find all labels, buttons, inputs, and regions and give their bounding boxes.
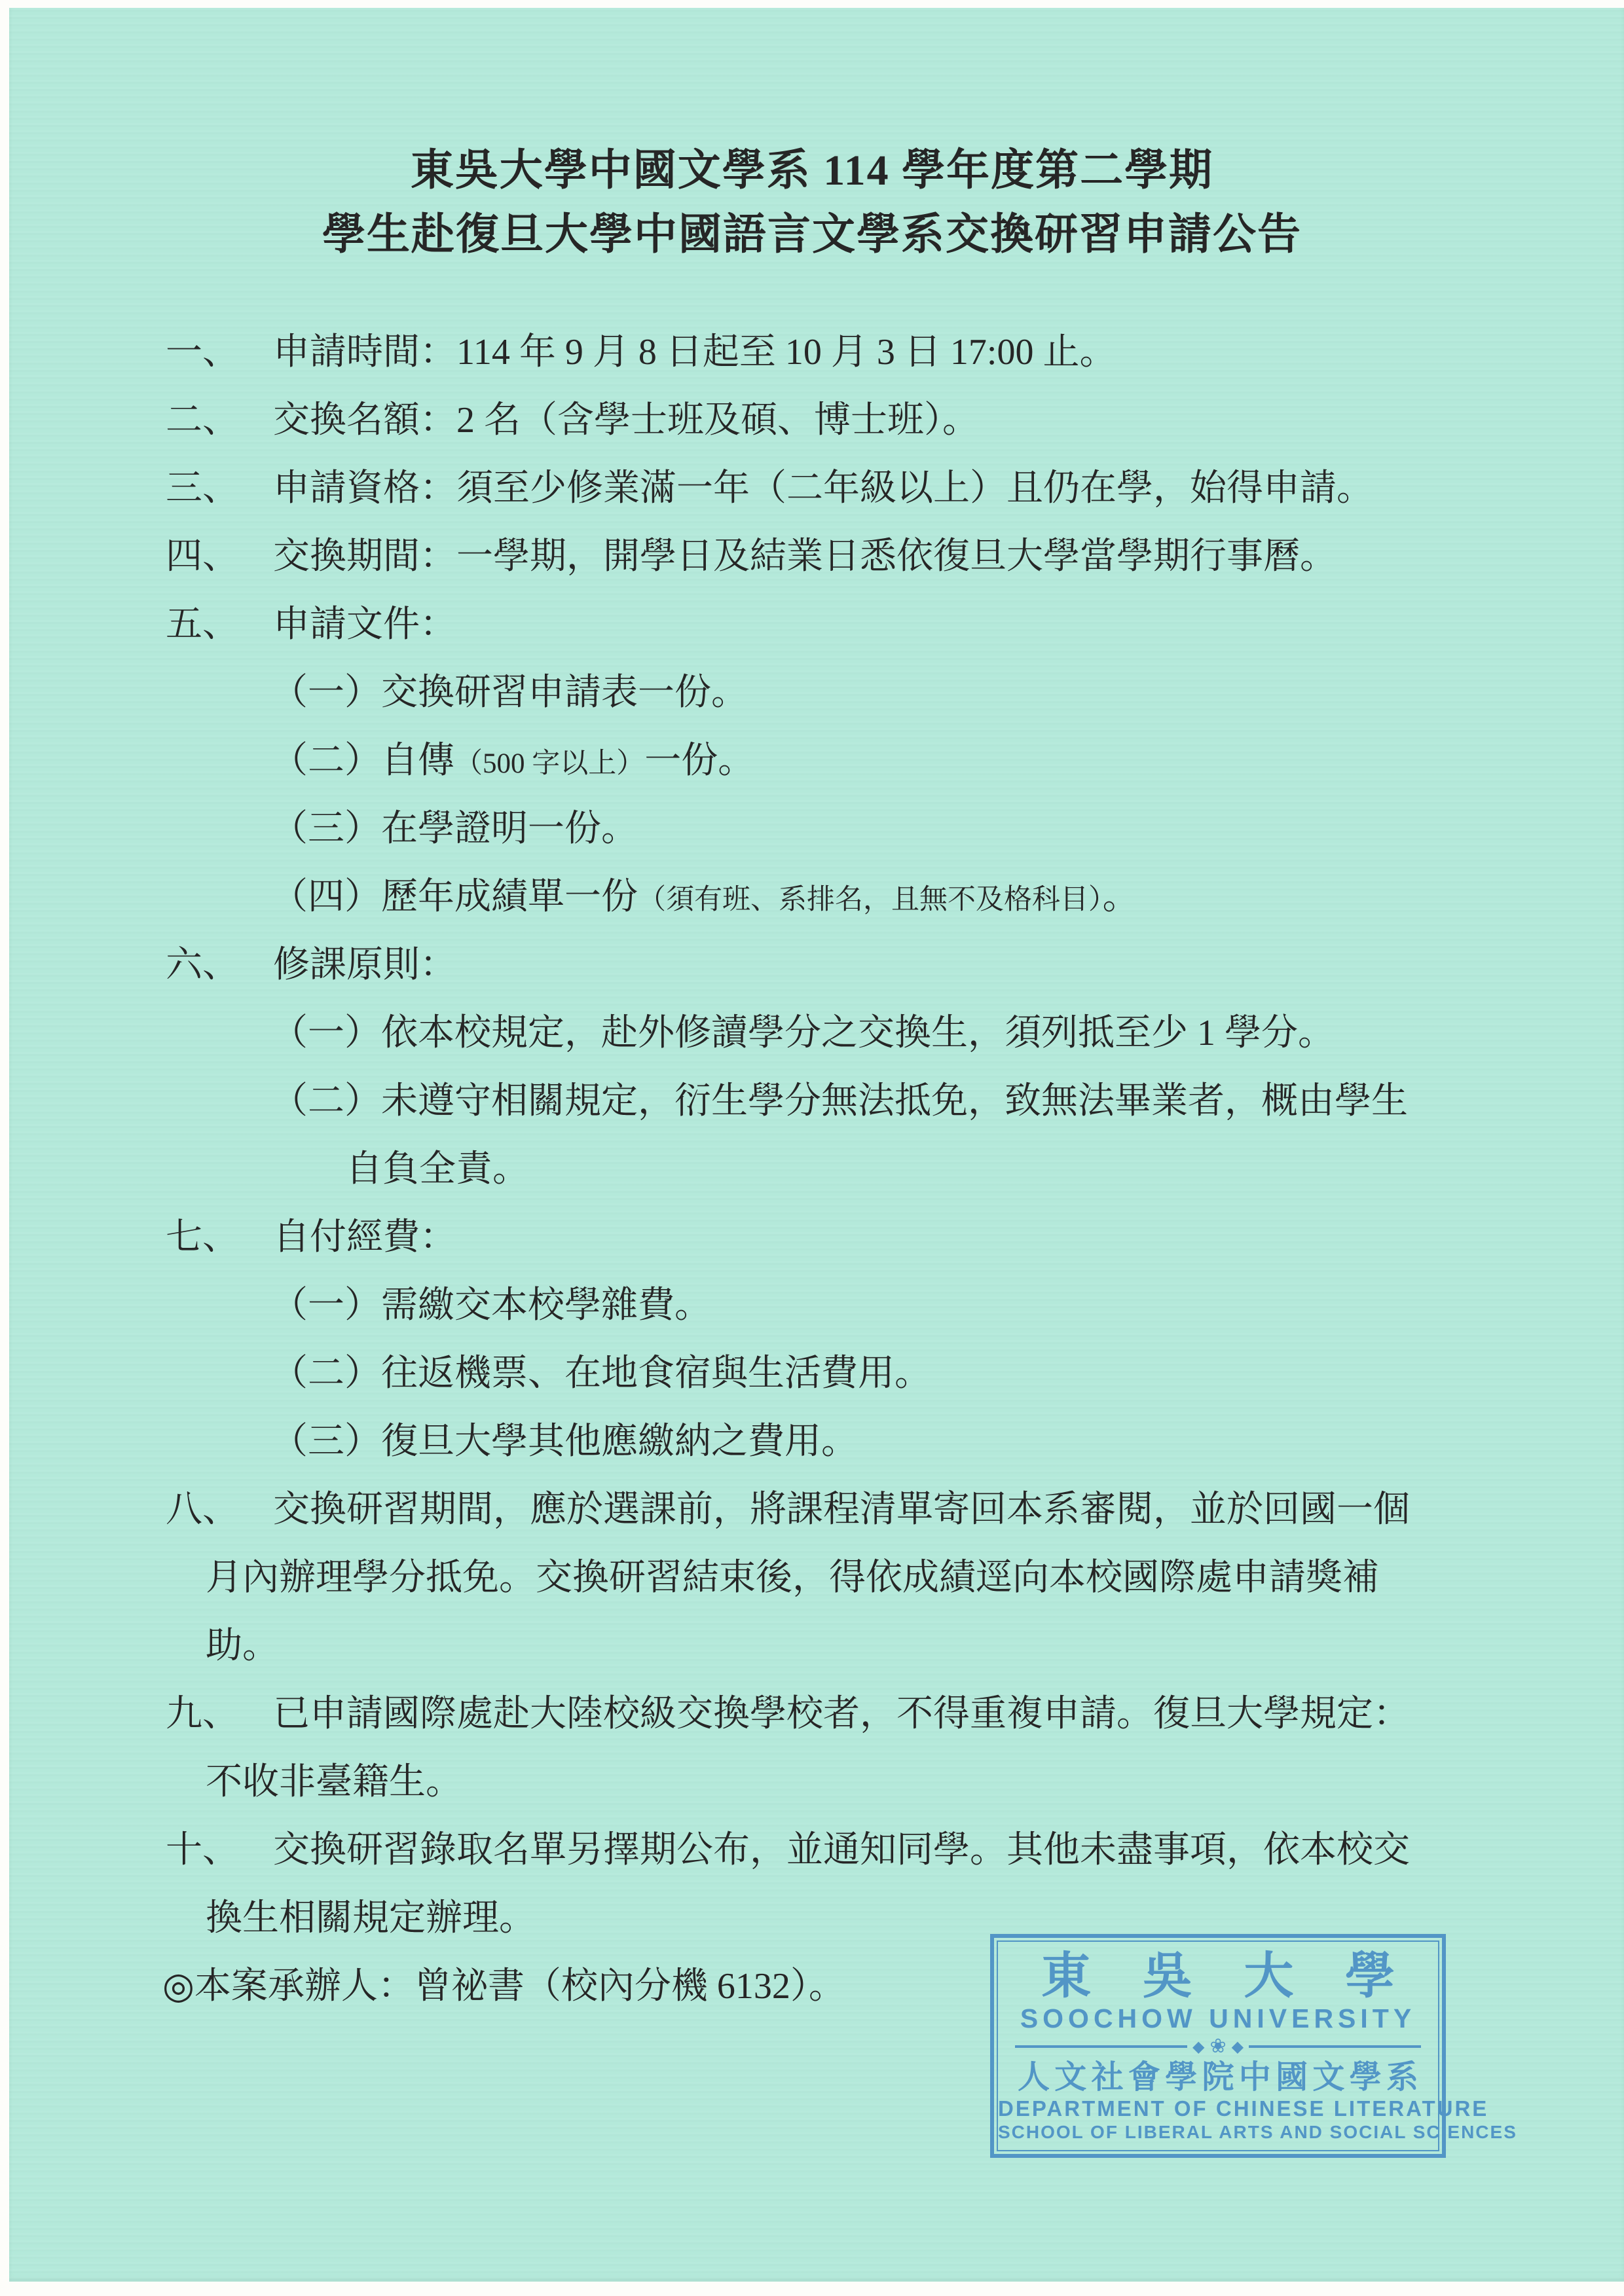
item-number: 六、 — [166, 945, 239, 985]
line-text: 月內辦理學分抵免。交換研習結束後，得依成績逕向本校國際處申請獎補 — [206, 1558, 1379, 1598]
line-text: 申請文件： — [273, 604, 456, 645]
stamp-char: 國 — [1276, 2061, 1308, 2093]
stamp-char: 人 — [1018, 2061, 1050, 2093]
title-line-1: 東吳大學中國文學系 114 學年度第二學期 — [0, 139, 1624, 203]
document-line: 一、申請時間：114 年 9 月 8 日起至 10 月 3 日 17:00 止。 — [0, 318, 1624, 386]
document-line: 自負全責。 — [0, 1135, 1624, 1203]
line-text: 不收非臺籍生。 — [206, 1762, 462, 1802]
line-text: （四）歷年成績單一份 — [271, 877, 638, 917]
line-text: 申請時間：114 年 9 月 8 日起至 10 月 3 日 17:00 止。 — [273, 332, 1116, 373]
line-text: 交換期間：一學期，開學日及結業日悉依復旦大學當學期行事曆。 — [273, 536, 1337, 577]
department-stamp: 東吳大學 SOOCHOW UNIVERSITY ◆ ❀ ◆ 人文社會學院中國文學… — [990, 1934, 1446, 2158]
item-number: 四、 — [166, 536, 239, 577]
item-number: 七、 — [166, 1217, 239, 1258]
document-line: （一）需繳交本校學雜費。 — [0, 1271, 1624, 1339]
stamp-char: 會 — [1128, 2061, 1160, 2093]
item-number: 五、 — [166, 604, 239, 645]
stamp-char: 學 — [1165, 2061, 1197, 2093]
ornament-rule-right — [1249, 2045, 1421, 2048]
stamp-char: 中 — [1239, 2061, 1271, 2093]
document-line: （一）交換研習申請表一份。 — [0, 659, 1624, 727]
line-text: （二）自傳 — [271, 740, 454, 781]
stamp-char: 文 — [1312, 2061, 1344, 2093]
stamp-ornament-divider: ◆ ❀ ◆ — [998, 2037, 1438, 2056]
document-line: （三）在學證明一份。 — [0, 795, 1624, 863]
line-text: 修課原則： — [273, 945, 456, 985]
document-title: 東吳大學中國文學系 114 學年度第二學期 學生赴復旦大學中國語言文學系交換研習… — [0, 139, 1624, 267]
line-text: （二）未遵守相關規定，衍生學分無法抵免，致無法畢業者，概由學生 — [271, 1081, 1408, 1121]
document-line: （二）未遵守相關規定，衍生學分無法抵免，致無法畢業者，概由學生 — [0, 1067, 1624, 1135]
line-text: ◎本案承辦人：曾祕書（校內分機 6132）。 — [162, 1966, 845, 2007]
scanned-document-page: 東吳大學中國文學系 114 學年度第二學期 學生赴復旦大學中國語言文學系交換研習… — [0, 0, 1624, 2296]
stamp-content: 東吳大學 SOOCHOW UNIVERSITY ◆ ❀ ◆ 人文社會學院中國文學… — [997, 1941, 1439, 2151]
stamp-university-name-en: SOOCHOW UNIVERSITY — [998, 2005, 1438, 2032]
document-line: 二、交換名額：2 名（含學士班及碩、博士班）。 — [0, 386, 1624, 454]
document-line: （二）往返機票、在地食宿與生活費用。 — [0, 1339, 1624, 1408]
line-text: （二）往返機票、在地食宿與生活費用。 — [271, 1353, 931, 1394]
document-line: 六、修課原則： — [0, 931, 1624, 999]
stamp-char: 東 — [1041, 1952, 1091, 2001]
line-text: （一）交換研習申請表一份。 — [271, 672, 748, 713]
stamp-school-name-en: SCHOOL OF LIBERAL ARTS AND SOCIAL SCIENC… — [998, 2123, 1438, 2141]
ornament-rule-left — [1015, 2045, 1187, 2048]
stamp-university-name-cjk: 東吳大學 — [998, 1952, 1438, 2001]
stamp-department-name-en: DEPARTMENT OF CHINESE LITERATURE — [998, 2098, 1438, 2119]
title-line-2: 學生赴復旦大學中國語言文學系交換研習申請公告 — [0, 203, 1624, 267]
line-text: 一份。 — [644, 740, 754, 781]
line-text: 交換研習期間，應於選課前，將課程清單寄回本系審閱，並於回國一個 — [273, 1489, 1410, 1530]
flower-ornament-icon: ❀ — [1209, 2037, 1226, 2056]
stamp-char: 學 — [1350, 2061, 1382, 2093]
document-line: 九、已申請國際處赴大陸校級交換學校者，不得重複申請。復旦大學規定： — [0, 1680, 1624, 1748]
diamond-ornament-icon: ◆ — [1192, 2039, 1204, 2054]
stamp-char: 社 — [1092, 2061, 1124, 2093]
line-text: 。 — [1103, 877, 1139, 917]
line-text: 自負全責。 — [346, 1149, 529, 1190]
line-text: 申請資格：須至少修業滿一年（二年級以上）且仍在學，始得申請。 — [273, 468, 1373, 509]
document-line: 七、自付經費： — [0, 1203, 1624, 1271]
document-line: 五、申請文件： — [0, 591, 1624, 659]
stamp-char: 大 — [1244, 1952, 1293, 2001]
item-number: 一、 — [166, 332, 239, 373]
document-line: 三、申請資格：須至少修業滿一年（二年級以上）且仍在學，始得申請。 — [0, 454, 1624, 522]
item-number: 九、 — [166, 1694, 239, 1734]
line-text: 已申請國際處赴大陸校級交換學校者，不得重複申請。復旦大學規定： — [273, 1694, 1410, 1734]
line-text: （三）在學證明一份。 — [271, 809, 638, 849]
document-line: （三）復旦大學其他應繳納之費用。 — [0, 1408, 1624, 1476]
document-line: 月內辦理學分抵免。交換研習結束後，得依成績逕向本校國際處申請獎補 — [0, 1544, 1624, 1612]
line-text: 助。 — [206, 1626, 279, 1666]
item-number: 三、 — [166, 468, 239, 509]
stamp-char: 吳 — [1143, 1952, 1192, 2001]
item-number: 八、 — [166, 1489, 239, 1530]
line-text: （500 字以上） — [454, 748, 644, 779]
document-line: （二）自傳（500 字以上）一份。 — [0, 727, 1624, 795]
line-text: 自付經費： — [273, 1217, 456, 1258]
document-line: （一）依本校規定，赴外修讀學分之交換生，須列抵至少 1 學分。 — [0, 999, 1624, 1067]
line-text: （一）依本校規定，赴外修讀學分之交換生，須列抵至少 1 學分。 — [271, 1013, 1335, 1053]
document-body: 一、申請時間：114 年 9 月 8 日起至 10 月 3 日 17:00 止。… — [0, 318, 1624, 2020]
document-line: 十、交換研習錄取名單另擇期公布，並通知同學。其他未盡事項，依本校交 — [0, 1816, 1624, 1884]
document-line: 助。 — [0, 1612, 1624, 1680]
line-text: （三）復旦大學其他應繳納之費用。 — [271, 1421, 858, 1462]
stamp-char: 系 — [1386, 2061, 1418, 2093]
document-line: 四、交換期間：一學期，開學日及結業日悉依復旦大學當學期行事曆。 — [0, 522, 1624, 591]
line-text: （須有班、系排名，且無不及格科目） — [638, 884, 1103, 915]
stamp-char: 院 — [1202, 2061, 1234, 2093]
line-text: 交換研習錄取名單另擇期公布，並通知同學。其他未盡事項，依本校交 — [273, 1830, 1410, 1870]
line-text: （一）需繳交本校學雜費。 — [271, 1285, 711, 1326]
stamp-char: 文 — [1054, 2061, 1086, 2093]
item-number: 二、 — [166, 400, 239, 441]
document-line: （四）歷年成績單一份（須有班、系排名，且無不及格科目）。 — [0, 863, 1624, 931]
item-number: 十、 — [166, 1830, 239, 1870]
document-line: 八、交換研習期間，應於選課前，將課程清單寄回本系審閱，並於回國一個 — [0, 1476, 1624, 1544]
diamond-ornament-icon: ◆ — [1232, 2039, 1244, 2054]
stamp-department-name-cjk: 人文社會學院中國文學系 — [998, 2061, 1438, 2093]
stamp-char: 學 — [1345, 1952, 1395, 2001]
line-text: 換生相關規定辦理。 — [206, 1898, 536, 1939]
line-text: 交換名額：2 名（含學士班及碩、博士班）。 — [273, 400, 979, 441]
document-line: 不收非臺籍生。 — [0, 1748, 1624, 1816]
